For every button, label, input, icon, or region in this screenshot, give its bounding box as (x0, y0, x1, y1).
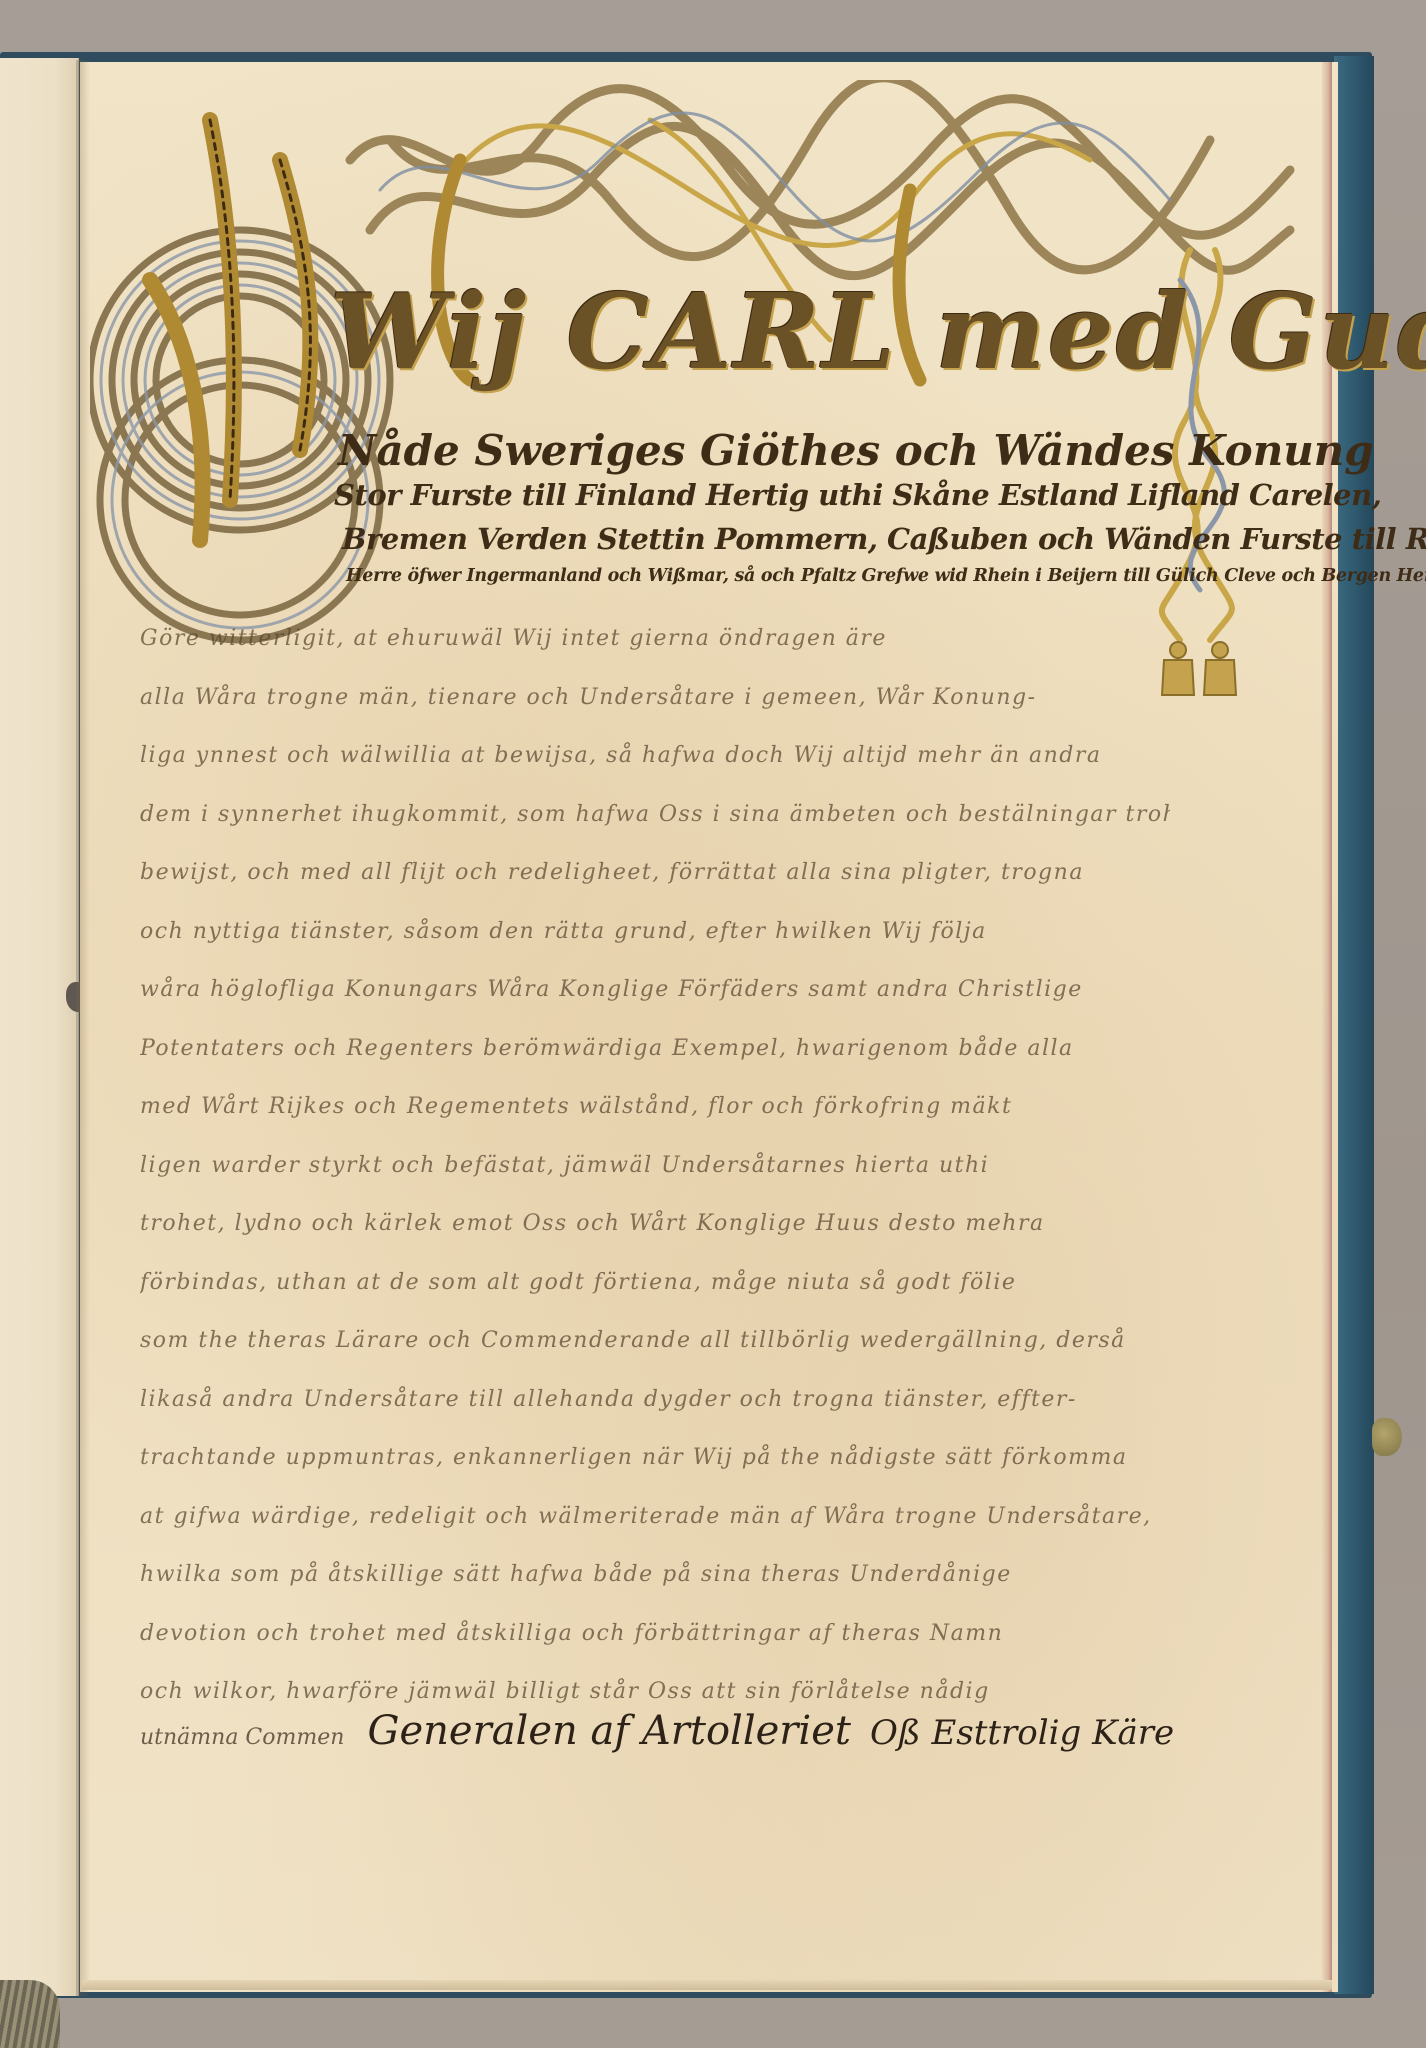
heading-line-4: Herre öfwer Ingermanland och Wißmar, så … (346, 566, 1426, 586)
heading-line-2: Stor Furste till Finland Hertig uthi Skå… (334, 478, 1381, 512)
closing-tail: Oß Esttrolig Käre (870, 1713, 1174, 1753)
closing-lead: utnämna Commen (140, 1725, 344, 1750)
body-line: Potentaters och Regenters berömwärdiga E… (140, 1020, 1170, 1079)
body-line: Göre witterligit, at ehuruwäl Wij intet … (140, 610, 1170, 669)
left-page-edge (0, 58, 79, 1996)
body-line: med Wårt Rijkes och Regementets wälstånd… (140, 1078, 1170, 1137)
body-line: och nyttiga tiänster, såsom den rätta gr… (140, 903, 1170, 962)
body-line: som the theras Lärare och Commenderande … (140, 1312, 1170, 1371)
body-line: wåra höglofliga Konungars Wåra Konglige … (140, 961, 1170, 1020)
heading-main: Wij CARL med Guds (330, 270, 1426, 393)
body-line: förbindas, uthan at de som alt godt fört… (140, 1254, 1170, 1313)
body-line: at gifwa wärdige, redeligit och wälmerit… (140, 1488, 1170, 1547)
heading-line-3: Bremen Verden Stettin Pommern, Caßuben o… (342, 522, 1426, 556)
closing-line: utnämna Commen Generalen af Artolleriet … (140, 1708, 1174, 1754)
body-line: hwilka som på åtskillige sätt hafwa både… (140, 1546, 1170, 1605)
gutter-shadow (76, 60, 90, 1996)
body-line: bewijst, och med all flijt och redelighe… (140, 844, 1170, 903)
body-line: devotion och trohet med åtskilliga och f… (140, 1605, 1170, 1664)
closing-title: Generalen af Artolleriet (368, 1708, 851, 1754)
heading-line-1: Nåde Sweriges Giöthes och Wändes Konung (338, 426, 1374, 475)
body-line: trohet, lydno och kärlek emot Oss och Wå… (140, 1195, 1170, 1254)
body-line: liga ynnest och wälwillia at bewijsa, så… (140, 727, 1170, 786)
body-line: ligen warder styrkt och befästat, jämwäl… (140, 1137, 1170, 1196)
body-line: dem i synnerhet ihugkommit, som hafwa Os… (140, 786, 1170, 845)
binding-string-bottom-left (0, 1980, 60, 2048)
body-line: alla Wåra trogne män, tienare och Unders… (140, 669, 1170, 728)
body-text: Göre witterligit, at ehuruwäl Wij intet … (140, 610, 1170, 1722)
silk-tie-right (1372, 1418, 1402, 1456)
page-bottom-edge (82, 1980, 1332, 1990)
body-line: trachtande uppmuntras, enkannerligen när… (140, 1429, 1170, 1488)
body-line: likaså andra Undersåtare till allehanda … (140, 1371, 1170, 1430)
